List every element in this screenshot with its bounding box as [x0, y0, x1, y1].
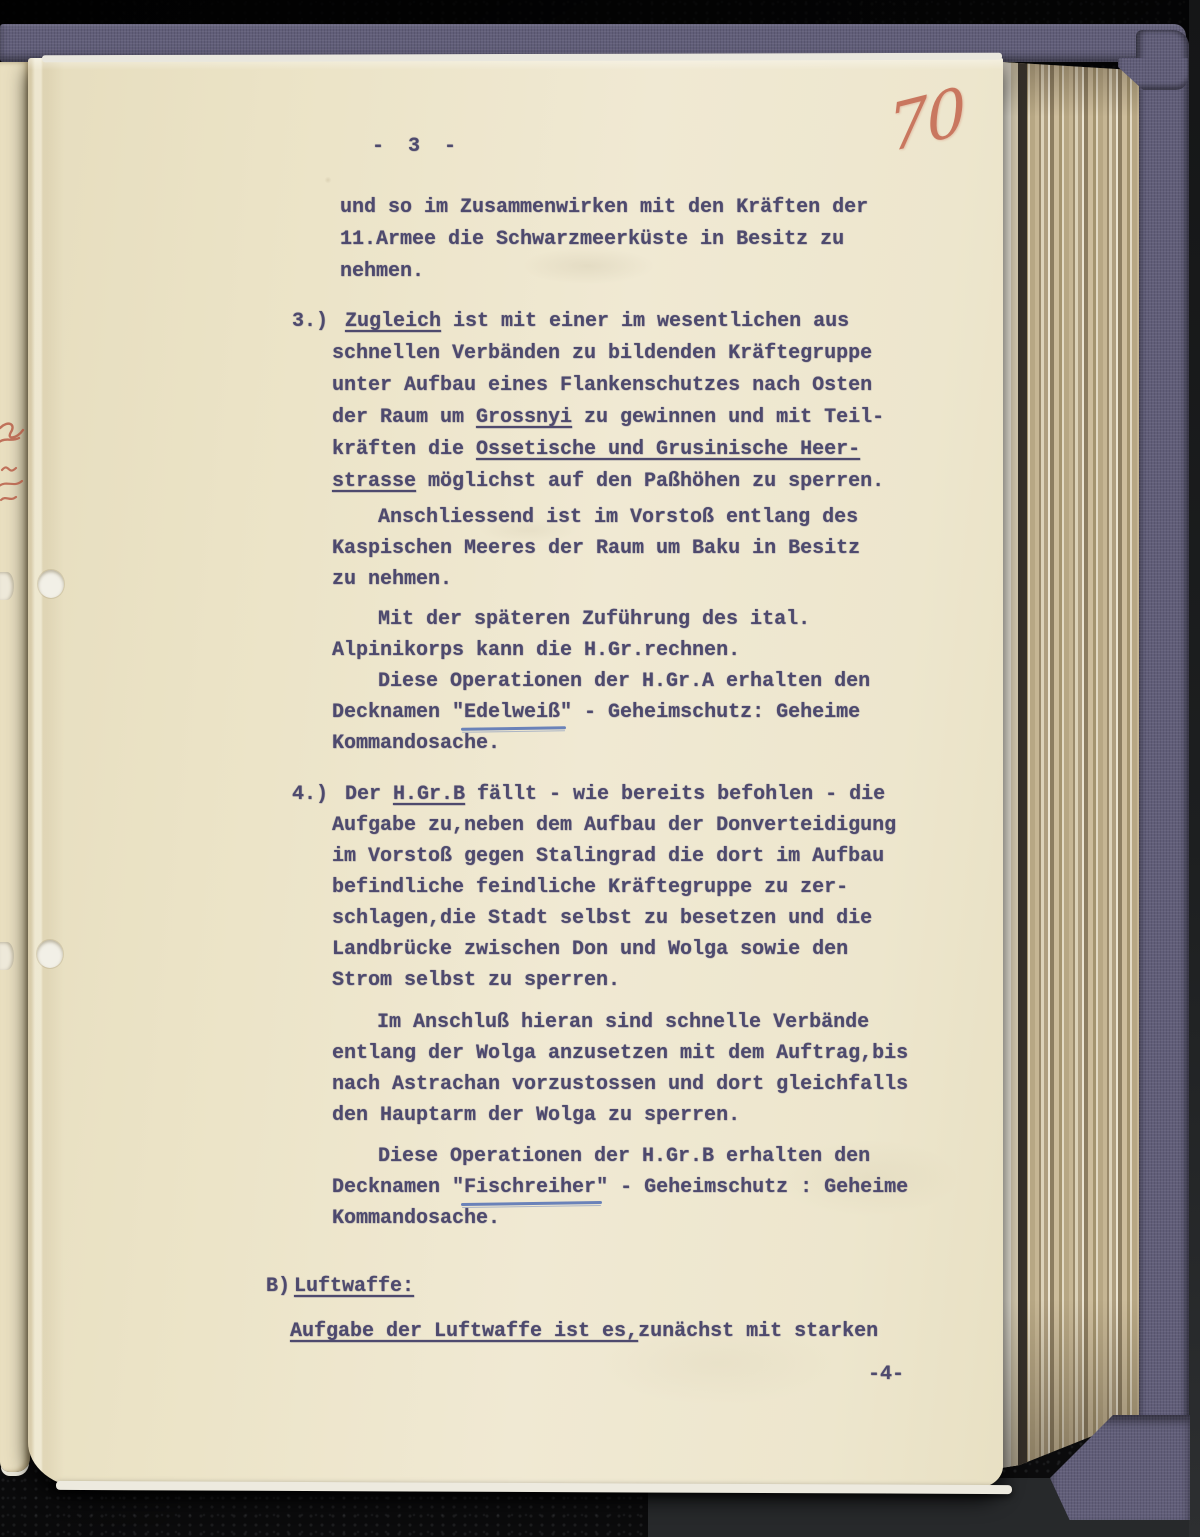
- text-line: strasse möglichst auf den Paßhöhen zu sp…: [332, 471, 884, 493]
- typewritten-text-layer: - 3 - und so im Zusammenwirken mit den K…: [0, 0, 1200, 1537]
- text-line: Diese Operationen der H.Gr.A erhalten de…: [378, 671, 870, 693]
- text-line: unter Aufbau eines Flankenschutzes nach …: [332, 375, 872, 397]
- text-line: Anschliessend ist im Vorstoß entlang des: [378, 507, 858, 529]
- text-line: Alpinikorps kann die H.Gr.rechnen.: [332, 640, 740, 662]
- text-line: Kommandosache.: [332, 1208, 500, 1230]
- text-line: schlagen,die Stadt selbst zu besetzen un…: [332, 908, 872, 930]
- text-line: Luftwaffe:: [294, 1276, 414, 1298]
- text-line: -4-: [868, 1364, 904, 1386]
- text-line: schnellen Verbänden zu bildenden Kräfteg…: [332, 343, 872, 365]
- item-marker: 4.): [292, 784, 328, 806]
- text-line: zu nehmen.: [332, 569, 452, 591]
- text-line: 11.Armee die Schwarzmeerküste in Besitz …: [340, 229, 844, 251]
- text-line: Zugleich ist mit einer im wesentlichen a…: [345, 311, 849, 333]
- text-line: Im Anschluß hieran sind schnelle Verbänd…: [377, 1012, 869, 1034]
- text-line: entlang der Wolga anzusetzen mit dem Auf…: [332, 1043, 908, 1065]
- text-line: nach Astrachan vorzustossen und dort gle…: [332, 1074, 908, 1096]
- text-line: Kaspischen Meeres der Raum um Baku in Be…: [332, 538, 860, 560]
- text-line: - 3 -: [372, 136, 456, 158]
- item-marker: 3.): [292, 311, 328, 333]
- text-line: befindliche feindliche Kräftegruppe zu z…: [332, 877, 848, 899]
- item-marker: B): [266, 1276, 290, 1298]
- text-line: Decknamen "Fischreiher" - Geheimschutz :…: [332, 1177, 908, 1199]
- archival-book-scan: 70 - 3 - und so im Zusammenwirken mit de…: [0, 0, 1200, 1537]
- text-line: im Vorstoß gegen Stalingrad die dort im …: [332, 846, 884, 868]
- text-line: Decknamen "Edelweiß" - Geheimschutz: Geh…: [332, 702, 860, 724]
- text-line: Der H.Gr.B fällt - wie bereits befohlen …: [345, 784, 885, 806]
- text-line: den Hauptarm der Wolga zu sperren.: [332, 1105, 740, 1127]
- text-line: Kommandosache.: [332, 733, 500, 755]
- text-line: Diese Operationen der H.Gr.B erhalten de…: [378, 1146, 870, 1168]
- text-line: kräften die Ossetische und Grusinische H…: [332, 439, 860, 461]
- text-line: Strom selbst zu sperren.: [332, 970, 620, 992]
- text-line: Mit der späteren Zuführung des ital.: [378, 609, 810, 631]
- text-line: Aufgabe der Luftwaffe ist es,zunächst mi…: [290, 1321, 878, 1343]
- text-line: Landbrücke zwischen Don und Wolga sowie …: [332, 939, 848, 961]
- text-line: der Raum um Grossnyi zu gewinnen und mit…: [332, 407, 884, 429]
- text-line: Aufgabe zu,neben dem Aufbau der Donverte…: [332, 815, 896, 837]
- text-line: nehmen.: [340, 261, 424, 283]
- text-line: und so im Zusammenwirken mit den Kräften…: [340, 197, 868, 219]
